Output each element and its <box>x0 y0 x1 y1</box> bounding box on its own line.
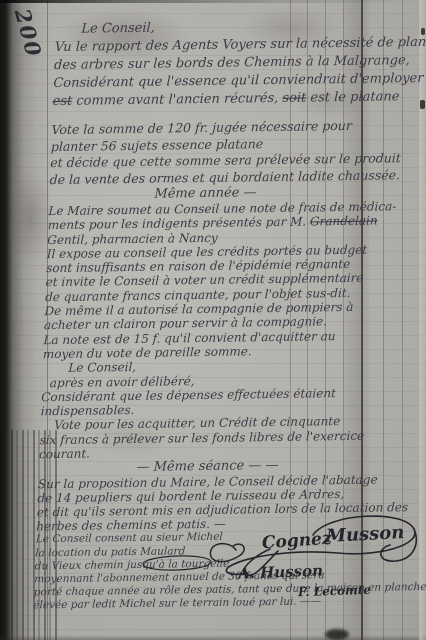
manuscript-section: Même année —Le Maire soumet au Conseil u… <box>39 183 417 462</box>
struck-text: Grandelain <box>310 214 378 229</box>
struck-text: est <box>52 94 72 109</box>
page-edge-tear <box>420 100 425 109</box>
struck-text: soit <box>282 91 306 106</box>
signature-lecomte: F. Lecomte <box>298 583 371 600</box>
ledger-page: 200 Le Conseil,Vu le rapport des Agents … <box>0 0 426 640</box>
signature-musson: Musson <box>326 522 405 547</box>
manuscript-line: est comme avant l'ancien récurés, soit e… <box>52 89 421 112</box>
manuscript-section: Le Conseil,Vu le rapport des Agents Voye… <box>52 9 424 112</box>
line-text: comme avant l'ancien récurés, <box>72 91 283 109</box>
manuscript-text: Le Conseil,Vu le rapport des Agents Voye… <box>33 9 424 613</box>
manuscript-section: Vote la somme de 120 fr. jugée nécessair… <box>49 117 420 188</box>
manuscript-section: — Même séance — —Sur la proposition du M… <box>36 456 407 533</box>
page-number: 200 <box>10 6 47 61</box>
line-text: est le platane <box>306 89 400 105</box>
signature-husson: A. Husson <box>238 562 324 583</box>
ink-smudge <box>325 629 349 640</box>
